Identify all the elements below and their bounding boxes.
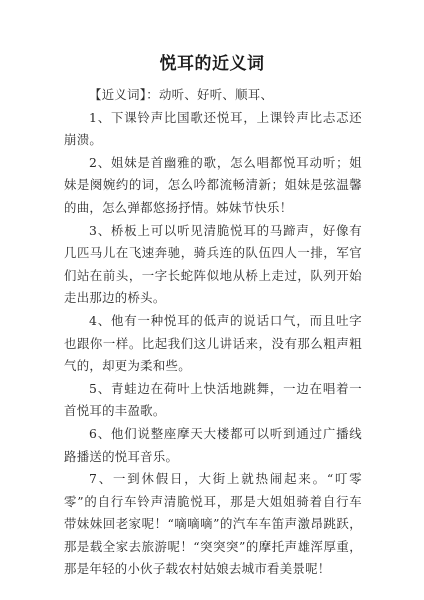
synonyms-line: 【近义词】：动听、好听、顺耳、 <box>64 84 362 107</box>
page-title: 悦耳的近义词 <box>0 49 424 74</box>
example-sentence-1: 1、下课铃声比国歌还悦耳，上课铃声比忐忑还崩溃。 <box>64 107 362 152</box>
document-body: 【近义词】：动听、好听、顺耳、 1、下课铃声比国歌还悦耳，上课铃声比忐忑还崩溃。… <box>64 84 362 581</box>
example-sentence-2: 2、姐妹是首幽雅的歌，怎么唱都悦耳动听；姐妹是阕婉约的词，怎么吟都流畅清新；姐妹… <box>64 152 362 220</box>
example-sentence-5: 5、青蛙边在荷叶上快活地跳舞，一边在唱着一首悦耳的丰盈歌。 <box>64 378 362 423</box>
example-sentence-3: 3、桥板上可以听见清脆悦耳的马蹄声，好像有几匹马儿在飞速奔驰，骑兵连的队伍四人一… <box>64 220 362 310</box>
example-sentence-6: 6、他们说整座摩天大楼都可以听到通过广播线路播送的悦耳音乐。 <box>64 423 362 468</box>
document-page: 悦耳的近义词 【近义词】：动听、好听、顺耳、 1、下课铃声比国歌还悦耳，上课铃声… <box>0 0 424 600</box>
example-sentence-7: 7、一到休假日，大街上就热闹起来。“叮零零”的自行车铃声清脆悦耳，那是大姐姐骑着… <box>64 468 362 581</box>
example-sentence-4: 4、他有一种悦耳的低声的说话口气，而且吐字也跟你一样。比起我们这儿讲话来，没有那… <box>64 310 362 378</box>
